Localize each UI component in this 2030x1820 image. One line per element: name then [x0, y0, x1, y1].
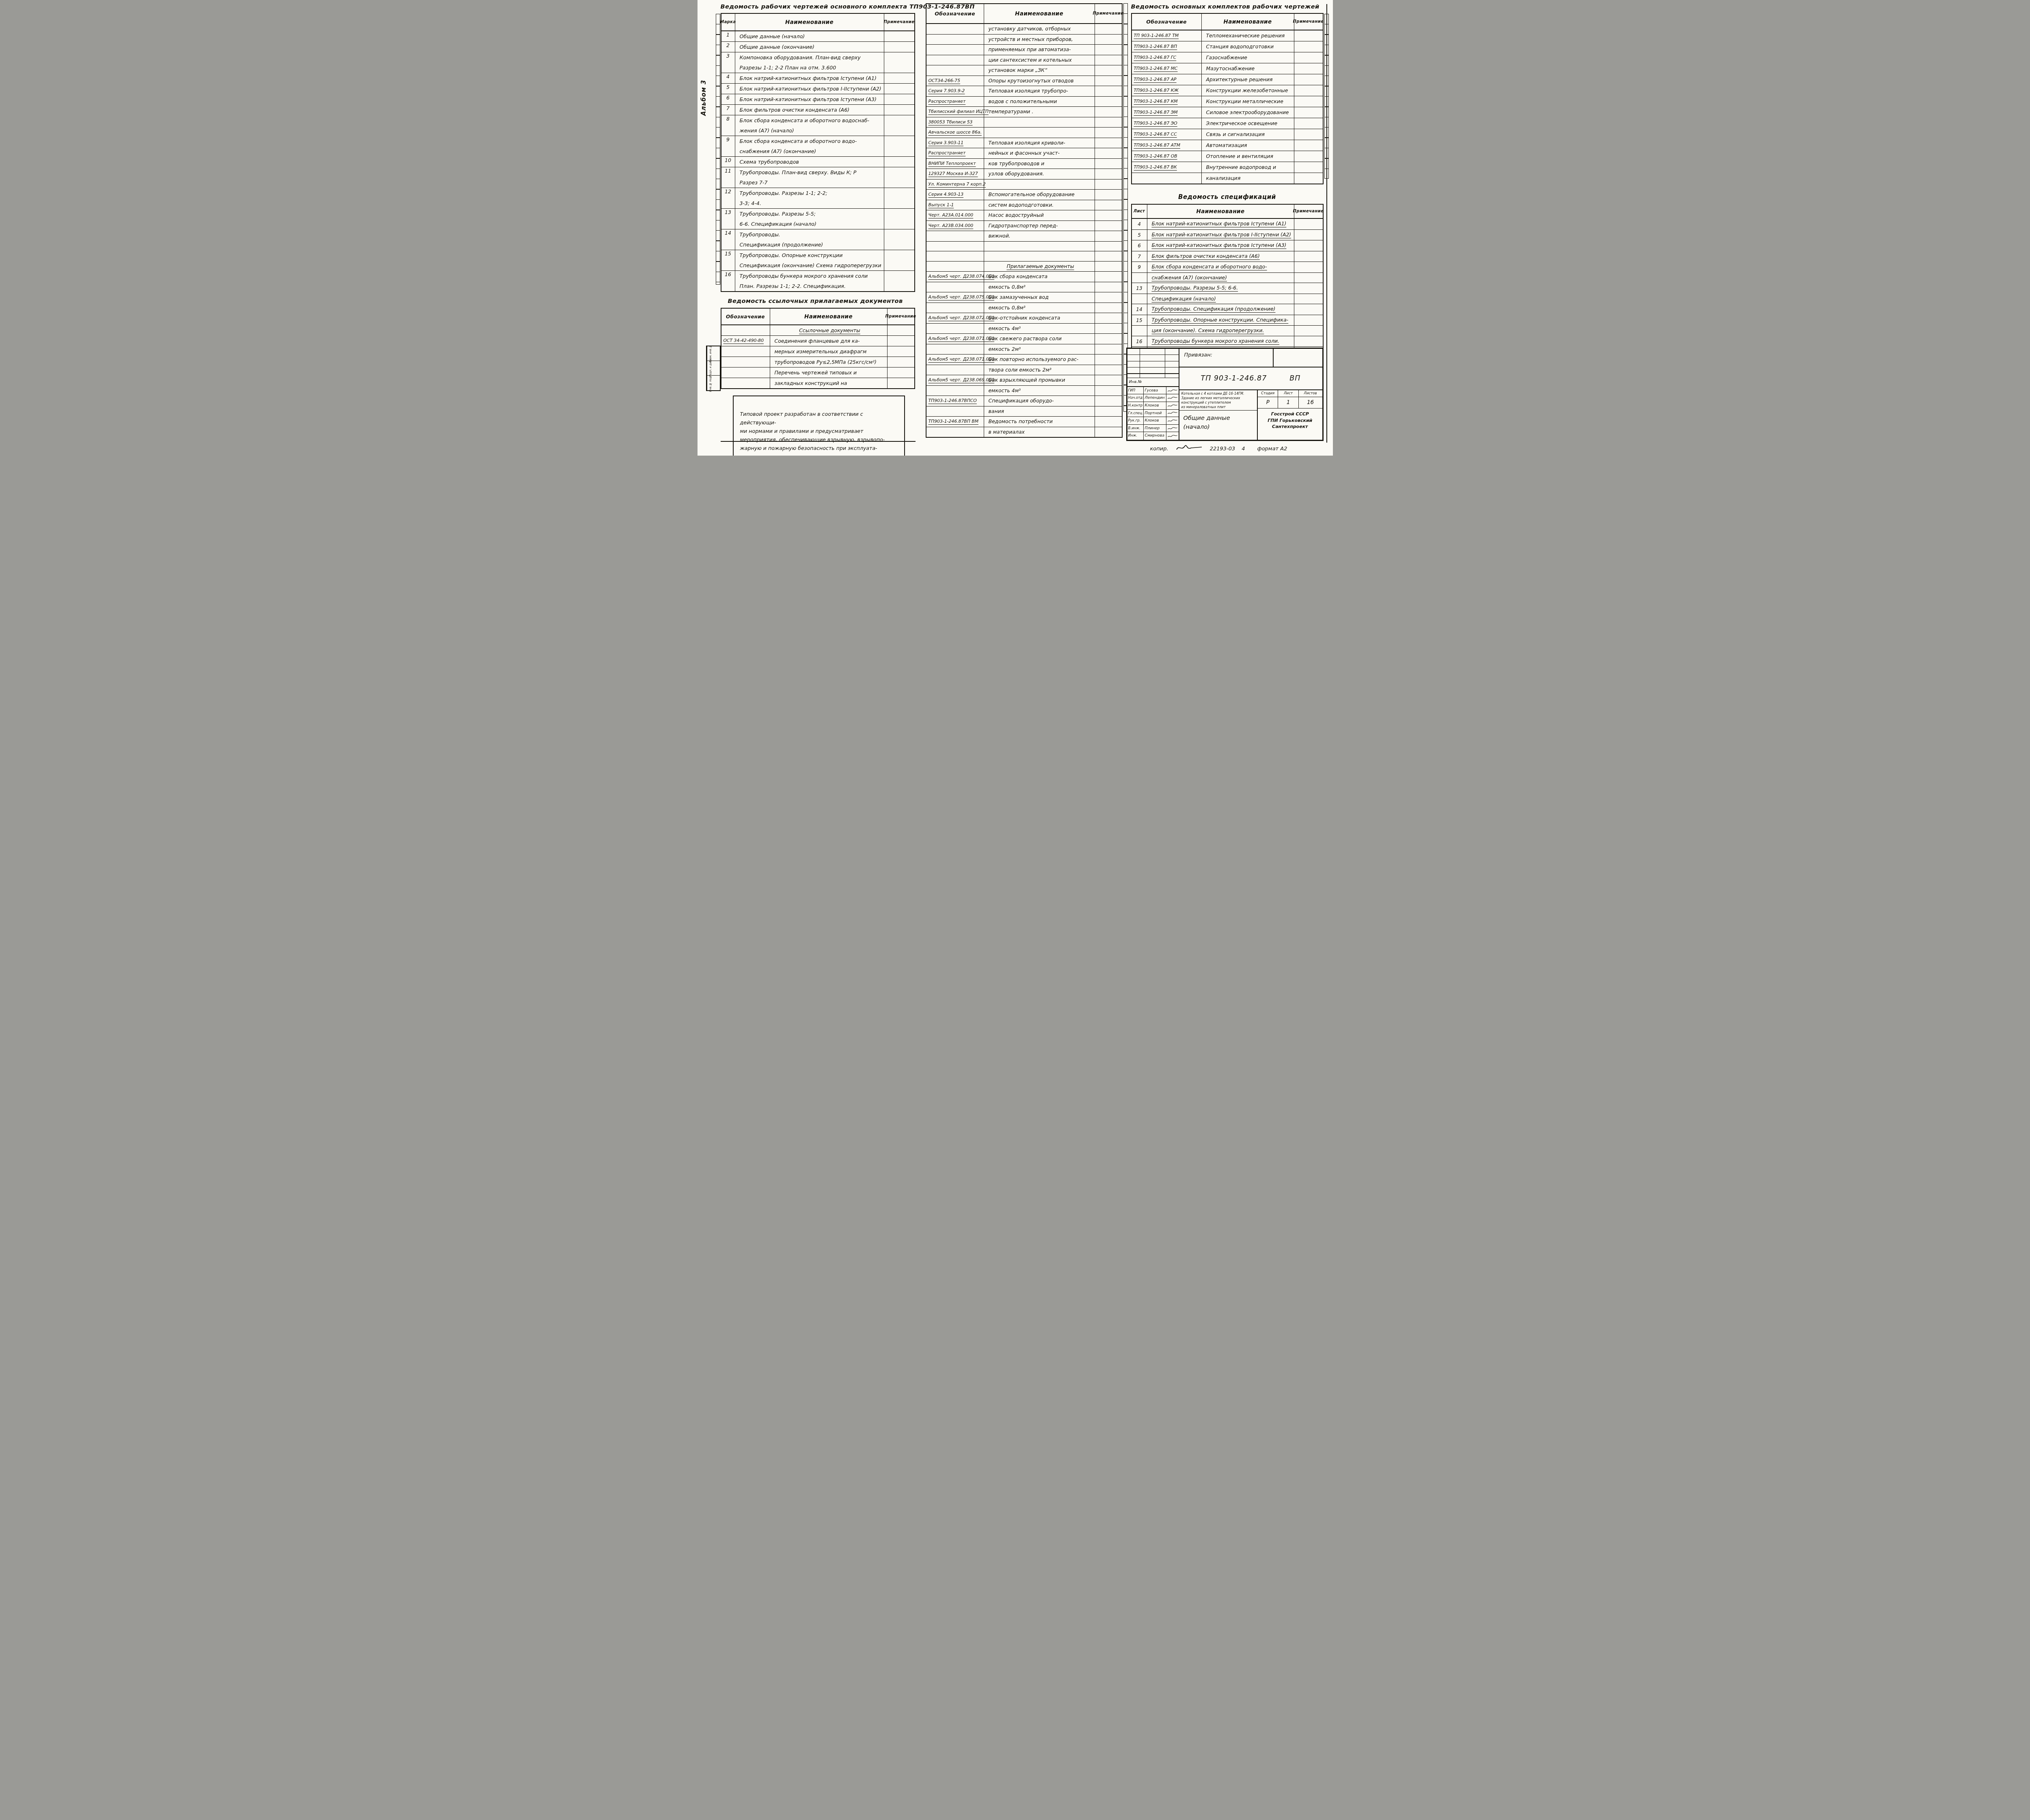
- row-name: [984, 128, 1095, 138]
- table-row: 8 Блок сбора конденсата и оборотного вод…: [721, 115, 914, 136]
- copyist-label: копир.: [1150, 446, 1168, 452]
- table-row: Альбом5 черт. Д238.069.000 Бак взрыхляющ…: [926, 375, 1122, 385]
- row-note: [884, 188, 914, 208]
- row-name: нейных и фасонных участ-: [984, 148, 1095, 158]
- row-code: Серия 7.903.9-2: [926, 86, 984, 96]
- row-note: [1095, 138, 1122, 148]
- row-note: [1095, 45, 1122, 55]
- row-name: Трубопроводы. Разрезы 5-5; 6-6. Специфик…: [735, 209, 884, 229]
- table-row: ОСТ34-266-75 Опоры крутоизогнутых отводо…: [926, 76, 1122, 86]
- row-name: Общие данные (начало): [735, 31, 884, 41]
- row-name: закладных конструкций на: [770, 378, 888, 388]
- row-name: Соединения фланцевые для ка-: [770, 336, 888, 346]
- row-note: [1294, 74, 1323, 85]
- stamp-blank-cell: [714, 376, 720, 390]
- row-name: Связь и сигнализация: [1202, 129, 1294, 140]
- signature-icon: [1166, 432, 1179, 440]
- stage-value: 16: [1299, 397, 1322, 408]
- row-sheet: 5: [1132, 230, 1147, 240]
- row-name: ции сантехсистем и котельных: [984, 55, 1095, 65]
- table-row: 5 Блок натрий-катионитных фильтров I-IIс…: [1132, 229, 1323, 240]
- row-code: ОСТ34-266-75: [926, 76, 984, 86]
- row-name: Конструкции металлические: [1202, 96, 1294, 107]
- row-code: ТП903-1-246.87 СС: [1132, 129, 1202, 140]
- row-note: [884, 229, 914, 250]
- col-header-name: Наименование: [1147, 205, 1294, 218]
- table-row: [926, 251, 1122, 261]
- album-label: Альбом 3: [700, 67, 707, 116]
- signature-row: В.инж. Плинер: [1127, 425, 1179, 432]
- row-code: [926, 242, 984, 251]
- table-row: ТП903-1-246.87 СС Связь и сигнализация: [1132, 129, 1323, 140]
- right-table-title: Ведомость основных комплектов рабочих че…: [1131, 3, 1324, 10]
- order-number: 22193-03: [1210, 446, 1235, 452]
- row-note: [884, 84, 914, 94]
- table-row: Черт. А23А.014.000 Насос водоструйный: [926, 210, 1122, 220]
- row-name: Электрическое освещение: [1202, 118, 1294, 129]
- stamp-label: Взам. инв.№: [707, 346, 714, 361]
- table-row: Альбом5 черт. Д238.074.000 Бак сбора кон…: [926, 271, 1122, 282]
- row-code: ТП903-1-246.87 ЭМ: [1132, 107, 1202, 118]
- stamp-cell: Подп. и дата: [707, 361, 720, 376]
- sheet-title: Общие данные (начало): [1179, 411, 1257, 440]
- title-block-lower: Котельная с 4 котлами ДЕ-16-14ГМ. Здание…: [1179, 390, 1322, 440]
- ref-table-title: Ведомость ссылочных прилагаемых документ…: [728, 298, 915, 305]
- person-role: Гл.спец.: [1127, 410, 1144, 417]
- row-name: Трубопроводы. Спецификация (продолжение): [1147, 304, 1294, 315]
- row-note: [1294, 151, 1323, 162]
- row-name: [984, 251, 1095, 261]
- row-sheet: 9: [1132, 262, 1147, 272]
- table-row: Серия 7.903.9-2 Тепловая изоляция трубоп…: [926, 86, 1122, 96]
- table-row: применяемых при автоматиза-: [926, 44, 1122, 55]
- row-code: Альбом5 черт. Д238.069.000: [926, 375, 984, 385]
- general-note-box: Типовой проект разработан в соответствии…: [733, 396, 905, 456]
- signature-row: Инж. Смирнова: [1127, 432, 1179, 440]
- stage-header: Стадия: [1258, 390, 1278, 397]
- row-name: Бак замазученных вод: [984, 292, 1095, 303]
- row-note: [1294, 118, 1323, 129]
- row-mark: 13: [721, 209, 735, 229]
- row-note: [1095, 159, 1122, 169]
- row-note: [1095, 179, 1122, 190]
- row-code: [721, 325, 770, 335]
- table-row: 12 Трубопроводы. Разрезы 1-1; 2-2; 3-3; …: [721, 188, 914, 208]
- signature-icon: [1166, 402, 1179, 409]
- row-code: ТП903-1-246.87 МС: [1132, 63, 1202, 74]
- table-row: ТП 903-1-246.87 ТМ Тепломеханические реш…: [1132, 30, 1323, 41]
- row-mark: 1: [721, 31, 735, 41]
- row-name: Мазутоснабжение: [1202, 63, 1294, 74]
- sheet-number: 4: [1242, 446, 1245, 452]
- table-row: твора соли емкость 2м³: [926, 365, 1122, 375]
- row-code: [926, 45, 984, 55]
- row-note: [1294, 52, 1323, 63]
- table-row: 1 Общие данные (начало): [721, 31, 914, 41]
- table-row: ТП903-1-246.87 ЭМ Силовое электрооборудо…: [1132, 107, 1323, 118]
- row-note: [1294, 30, 1323, 41]
- row-note: [1095, 117, 1122, 128]
- row-name: вания: [984, 406, 1095, 417]
- row-code: Альбом5 черт. Д238.071.000: [926, 334, 984, 344]
- row-code: Альбом5 черт. Д238.071.000: [926, 354, 984, 365]
- col-header-sheet: Лист: [1132, 205, 1147, 218]
- table-header-row: Марка Наименование Примечание: [721, 14, 914, 31]
- row-note: [1095, 396, 1122, 406]
- stamp-label: Инв.№ подл.: [707, 376, 714, 390]
- table-row: ТП903-1-246.87 ВП Станция водоподготовки: [1132, 41, 1323, 52]
- table-row: Альбом5 черт. Д238.072.000 Бак-отстойник…: [926, 313, 1122, 323]
- table-row: емкость 4м³: [926, 385, 1122, 396]
- stage-value: 1: [1278, 397, 1298, 408]
- stage-header: Листов: [1299, 390, 1322, 397]
- person-role: Инж.: [1127, 432, 1144, 440]
- table-row: 15 Трубопроводы. Опорные конструкции. Сп…: [1132, 315, 1323, 326]
- table-row: Перечень чертежей типовых и: [721, 367, 914, 378]
- row-note: [1095, 169, 1122, 179]
- table-row: ТП903-1-246.87 ГС Газоснабжение: [1132, 52, 1323, 63]
- revision-grid: [1127, 349, 1179, 378]
- row-name: установок марки „ЗК“: [984, 65, 1095, 76]
- row-note: [1294, 230, 1323, 240]
- row-name: Газоснабжение: [1202, 52, 1294, 63]
- row-name: мерных измерительных диафрагм: [770, 346, 888, 357]
- row-note: [1095, 303, 1122, 313]
- table-row: 11 Трубопроводы. План-вид сверху. Виды К…: [721, 167, 914, 188]
- row-name: Блок сбора конденсата и оборотного водос…: [735, 115, 884, 136]
- row-mark: 15: [721, 250, 735, 270]
- signature-row: Гл.спец. Портной: [1127, 410, 1179, 417]
- table-row: Тбилисский филиал ИЦТП температурами .: [926, 106, 1122, 117]
- row-name: Трубопроводы. Разрезы 5-5; 6-6.: [1147, 283, 1294, 294]
- row-mark: 14: [721, 229, 735, 250]
- row-note: [884, 157, 914, 167]
- table-row: ции сантехсистем и котельных: [926, 55, 1122, 65]
- row-code: [926, 406, 984, 417]
- stamp-label: Подп. и дата: [707, 361, 714, 375]
- title-block-main: Привязан: ТП 903-1-246.87 ВП Котельная с…: [1179, 349, 1322, 440]
- row-note: [1294, 304, 1323, 315]
- table-row: 14 Трубопроводы. Спецификация (продолжен…: [1132, 304, 1323, 315]
- row-mark: 16: [721, 271, 735, 291]
- row-note: [1294, 63, 1323, 74]
- row-name: Гидротранспортер перед-: [984, 221, 1095, 231]
- person-name: Лепендин: [1144, 394, 1166, 402]
- doc-code-text: ТП 903-1-246.87: [1201, 374, 1267, 383]
- row-note: [1095, 86, 1122, 96]
- row-name: ция (окончание). Схема гидроперегрузки.: [1147, 326, 1294, 336]
- table-header-row: Обозначение Наименование Примечание: [1132, 14, 1323, 30]
- row-note: [884, 115, 914, 136]
- table-row: Авчальское шоссе 86а.: [926, 127, 1122, 138]
- row-note: [1294, 96, 1323, 107]
- row-name: Блок натрий-катионитных фильтров Iступен…: [1147, 240, 1294, 251]
- table-row: в материалах: [926, 427, 1122, 437]
- table-row: устройств и местных приборов,: [926, 34, 1122, 45]
- row-code: [926, 55, 984, 65]
- table-row: мерных измерительных диафрагм: [721, 346, 914, 357]
- row-mark: 4: [721, 73, 735, 83]
- table-row: емкость 0,8м³: [926, 303, 1122, 313]
- working-drawings-table: Марка Наименование Примечание 1 Общие да…: [721, 13, 915, 292]
- stage-header-row: СтадияЛистЛистов: [1258, 390, 1322, 397]
- row-note: [1095, 365, 1122, 375]
- person-role: Рук.гр.: [1127, 417, 1144, 424]
- format-label: формат А2: [1257, 446, 1287, 452]
- row-name: Ведомость потребности: [984, 417, 1095, 427]
- table-row: ТП903-1-246.87 ВК Внутренние водопровод …: [1132, 162, 1323, 173]
- row-note: [884, 105, 914, 115]
- table-row: ВНИПИ Теплопроект ков трубопроводов и: [926, 158, 1122, 169]
- left-column: Ведомость рабочих чертежей основного ком…: [721, 3, 915, 456]
- row-note: [1294, 336, 1323, 347]
- row-name: Конструкции железобетонные: [1202, 85, 1294, 96]
- row-name: Перечень чертежей типовых и: [770, 367, 888, 378]
- row-code: ТП903-1-246.87 ГС: [1132, 52, 1202, 63]
- table-row: 7 Блок фильтров очистки конденсата (А6): [721, 104, 914, 115]
- row-note: [884, 73, 914, 83]
- table-row: Распространяет нейных и фасонных участ-: [926, 148, 1122, 158]
- col-header-code: Обозначение: [1132, 14, 1202, 30]
- row-note: [884, 209, 914, 229]
- table-row: 5 Блок натрий-катионитных фильтров I-IIс…: [721, 83, 914, 94]
- row-name: применяемых при автоматиза-: [984, 45, 1095, 55]
- row-note: [1095, 190, 1122, 200]
- row-code: [721, 357, 770, 367]
- row-note: [1294, 240, 1323, 251]
- row-note: [884, 271, 914, 291]
- table-row: Альбом5 черт. Д238.071.000 Бак свежего р…: [926, 333, 1122, 344]
- row-note: [884, 31, 914, 41]
- stage-value: Р: [1258, 397, 1278, 408]
- table-row: ТП903-1-246.87 АР Архитектурные решения: [1132, 74, 1323, 85]
- table-row: вижной.: [926, 231, 1122, 241]
- table-row: ТП903-1-246.87ВП ВМ Ведомость потребност…: [926, 416, 1122, 427]
- table-row: 14 Трубопроводы. Спецификация (продолжен…: [721, 229, 914, 250]
- row-name: Блок фильтров очистки конденсата (А6): [735, 105, 884, 115]
- linked-label: Привязан:: [1179, 349, 1274, 367]
- margin-stamp-strip: Взам. инв.№ Подп. и дата Инв.№ подл.: [706, 346, 721, 391]
- row-sheet: [1132, 326, 1147, 336]
- row-code: Тбилисский филиал ИЦТП: [926, 107, 984, 117]
- col-header-name: Наименование: [1202, 14, 1294, 30]
- row-name: Станция водоподготовки: [1202, 41, 1294, 52]
- signature-row: Рук.гр. Клоков: [1127, 417, 1179, 425]
- signature-table: ГИП Гусева Нач.отд Лепендин: [1127, 387, 1179, 440]
- row-note: [1095, 231, 1122, 241]
- person-role: Нач.отд: [1127, 394, 1144, 402]
- inv-number-label: Инв.№: [1127, 378, 1179, 387]
- signature-icon: [1166, 410, 1179, 417]
- row-code: [926, 386, 984, 396]
- row-note: [888, 367, 914, 378]
- row-code: [926, 65, 984, 76]
- signature-icon: [1166, 387, 1179, 394]
- table-row: Серия 3.903-11 Тепловая изоляция криволи…: [926, 138, 1122, 148]
- row-code: [926, 324, 984, 334]
- signature-row: Н.контр Клоков: [1127, 402, 1179, 410]
- stage-header: Лист: [1278, 390, 1298, 397]
- table-header-row: Лист Наименование Примечание: [1132, 205, 1323, 218]
- table-row: канализация: [1132, 173, 1323, 184]
- copyist-signature-icon: [1175, 443, 1203, 452]
- row-note: [1294, 283, 1323, 294]
- row-code: 129327 Москва И-327: [926, 169, 984, 179]
- row-name: систем водоподготовки.: [984, 200, 1095, 210]
- table-row: 9 Блок сбора конденсата и оборотного вод…: [1132, 262, 1323, 272]
- row-sheet: 13: [1132, 283, 1147, 294]
- row-name: емкость 0,8м³: [984, 282, 1095, 292]
- table-row: установок марки „ЗК“: [926, 65, 1122, 76]
- title-block-stage-org: СтадияЛистЛистов Р116 Госстрой СССР ГПИ …: [1258, 390, 1322, 440]
- row-code: Распространяет: [926, 97, 984, 107]
- left-table-title: Ведомость рабочих чертежей основного ком…: [721, 3, 915, 10]
- row-note: [1095, 262, 1122, 272]
- person-role: ГИП: [1127, 387, 1144, 394]
- table-row: 16 Трубопроводы бункера мокрого хранения…: [1132, 336, 1323, 347]
- title-block-left-strip: Инв.№ ГИП Гусева Нач.отд Лепендин: [1127, 349, 1179, 440]
- row-name: Бак сбора конденсата: [984, 272, 1095, 282]
- row-name: емкость 0,8м³: [984, 303, 1095, 313]
- person-name: Плинер: [1144, 425, 1166, 432]
- footer-annotations: копир. 22193-03 4 формат А2: [1150, 443, 1323, 452]
- row-mark: 8: [721, 115, 735, 136]
- row-mark: 5: [721, 84, 735, 94]
- signature-icon: [1166, 425, 1179, 432]
- signature-row: Нач.отд Лепендин: [1127, 394, 1179, 402]
- row-code: ТП903-1-246.87 АР: [1132, 74, 1202, 85]
- row-name: Блок натрий-катионитных фильтров I-IIсту…: [1147, 230, 1294, 240]
- row-note: [1095, 334, 1122, 344]
- row-note: [1095, 55, 1122, 65]
- row-mark: 12: [721, 188, 735, 208]
- row-note: [1095, 251, 1122, 261]
- drawing-sheet: Альбом 3 Взам. инв.№ Подп. и дата Инв.№ …: [698, 0, 1333, 456]
- row-code: ТП903-1-246.87ВП ВМ: [926, 417, 984, 427]
- document-code: ТП 903-1-246.87 ВП: [1179, 367, 1322, 390]
- row-code: [926, 282, 984, 292]
- reference-attached-documents-table: Обозначение Наименование Примечание уста…: [926, 3, 1123, 438]
- person-role: В.инж.: [1127, 425, 1144, 432]
- col-header-code: Обозначение: [721, 309, 770, 324]
- right-tick-strip: [1324, 14, 1329, 179]
- row-code: Черт. А23А.014.000: [926, 210, 984, 220]
- row-name: Трубопроводы бункера мокрого хранения со…: [735, 271, 884, 291]
- table-row: 10 Схема трубопроводов: [721, 156, 914, 167]
- row-note: [1095, 107, 1122, 117]
- row-name: Трубопроводы. Спецификация (продолжение): [735, 229, 884, 250]
- row-sheet: 7: [1132, 251, 1147, 262]
- row-name: Насос водоструйный: [984, 210, 1095, 220]
- row-code: 380053 Тбилиси 53: [926, 117, 984, 128]
- row-name: Бак повторно используемого рас-: [984, 354, 1095, 365]
- row-code: [926, 303, 984, 313]
- row-note: [888, 357, 914, 367]
- row-note: [1095, 272, 1122, 282]
- row-note: [1294, 140, 1323, 151]
- col-header-note: Примечание: [1095, 4, 1122, 23]
- row-code: [926, 35, 984, 45]
- middle-column: Обозначение Наименование Примечание уста…: [926, 3, 1123, 438]
- row-mark: 10: [721, 157, 735, 167]
- row-name: установку датчиков, отборных: [984, 24, 1095, 34]
- stage-value-row: Р116: [1258, 397, 1322, 409]
- table-row: 13 Трубопроводы. Разрезы 5-5; 6-6. Специ…: [721, 208, 914, 229]
- row-name: трубопроводов Ру≤2,5МПа (25кгс/см²): [770, 357, 888, 367]
- col-header-note: Примечание: [1294, 205, 1323, 218]
- table-row: Спецификация (начало): [1132, 294, 1323, 304]
- row-note: [1095, 128, 1122, 138]
- object-description: Котельная с 4 котлами ДЕ-16-14ГМ. Здание…: [1179, 390, 1257, 411]
- row-note: [1294, 262, 1323, 272]
- row-note: [884, 42, 914, 52]
- row-note: [884, 52, 914, 73]
- col-header-name: Наименование: [770, 309, 888, 324]
- person-name: Смирнова: [1144, 432, 1166, 440]
- row-sheet: 15: [1132, 315, 1147, 326]
- stamp-blank-cell: [714, 346, 720, 361]
- table-row: ТП903-1-246.87 МС Мазутоснабжение: [1132, 63, 1323, 74]
- row-note: [1095, 65, 1122, 76]
- row-name: Тепловая изоляция криволи-: [984, 138, 1095, 148]
- row-name: Общие данные (окончание): [735, 42, 884, 52]
- row-name: Компоновка оборудования. План-вид сверху…: [735, 52, 884, 73]
- row-name: Силовое электрооборудование: [1202, 107, 1294, 118]
- row-note: [884, 167, 914, 188]
- table-row: ТП903-1-246.87 КЖ Конструкции железобето…: [1132, 85, 1323, 96]
- table-row: снабжения (А7) (окончание): [1132, 272, 1323, 283]
- row-note: [1095, 417, 1122, 427]
- table-row: трубопроводов Ру≤2,5МПа (25кгс/см²): [721, 357, 914, 367]
- row-name: Опоры крутоизогнутых отводов: [984, 76, 1095, 86]
- col-header-mark: Марка: [721, 14, 735, 30]
- table-row: Прилагаемые документы: [926, 261, 1122, 272]
- row-sheet: 14: [1132, 304, 1147, 315]
- row-note: [1095, 35, 1122, 45]
- signature-icon: [1166, 417, 1179, 424]
- table-header-row: Обозначение Наименование Примечание: [926, 4, 1122, 24]
- table-row: 4 Блок натрий-катионитных фильтров Iступ…: [1132, 218, 1323, 229]
- person-name: Портной: [1144, 410, 1166, 417]
- row-code: [926, 344, 984, 354]
- row-name: Спецификация (начало): [1147, 294, 1294, 304]
- row-code: ОСТ 34-42-490-80: [721, 336, 770, 346]
- table-row: 3 Компоновка оборудования. План-вид свер…: [721, 52, 914, 73]
- col-header-name: Наименование: [984, 4, 1095, 23]
- table-row: 2 Общие данные (окончание): [721, 41, 914, 52]
- row-name: Блок натрий-катионитных фильтров Iступен…: [735, 73, 884, 83]
- row-code: Альбом5 черт. Д238.075.000: [926, 292, 984, 303]
- row-name: Архитектурные решения: [1202, 74, 1294, 85]
- row-sheet: [1132, 273, 1147, 283]
- row-note: [1095, 210, 1122, 220]
- row-code: [926, 231, 984, 241]
- row-code: Серия 4.903-13: [926, 190, 984, 200]
- row-code: ТП 903-1-246.87 ТМ: [1132, 30, 1202, 41]
- row-name: Бак-отстойник конденсата: [984, 313, 1095, 323]
- row-name: Вспомогательное оборудование: [984, 190, 1095, 200]
- table-row: 129327 Москва И-327 узлов оборудования.: [926, 169, 1122, 179]
- table-row: емкость 0,8м³: [926, 282, 1122, 292]
- row-code: [926, 427, 984, 437]
- title-block: Инв.№ ГИП Гусева Нач.отд Лепендин: [1126, 348, 1324, 441]
- row-note: [1294, 129, 1323, 140]
- row-name: узлов оборудования.: [984, 169, 1095, 179]
- row-note: [888, 378, 914, 388]
- person-name: Клоков: [1144, 402, 1166, 409]
- row-note: [1095, 427, 1122, 437]
- row-name: Отопление и вентиляция: [1202, 151, 1294, 162]
